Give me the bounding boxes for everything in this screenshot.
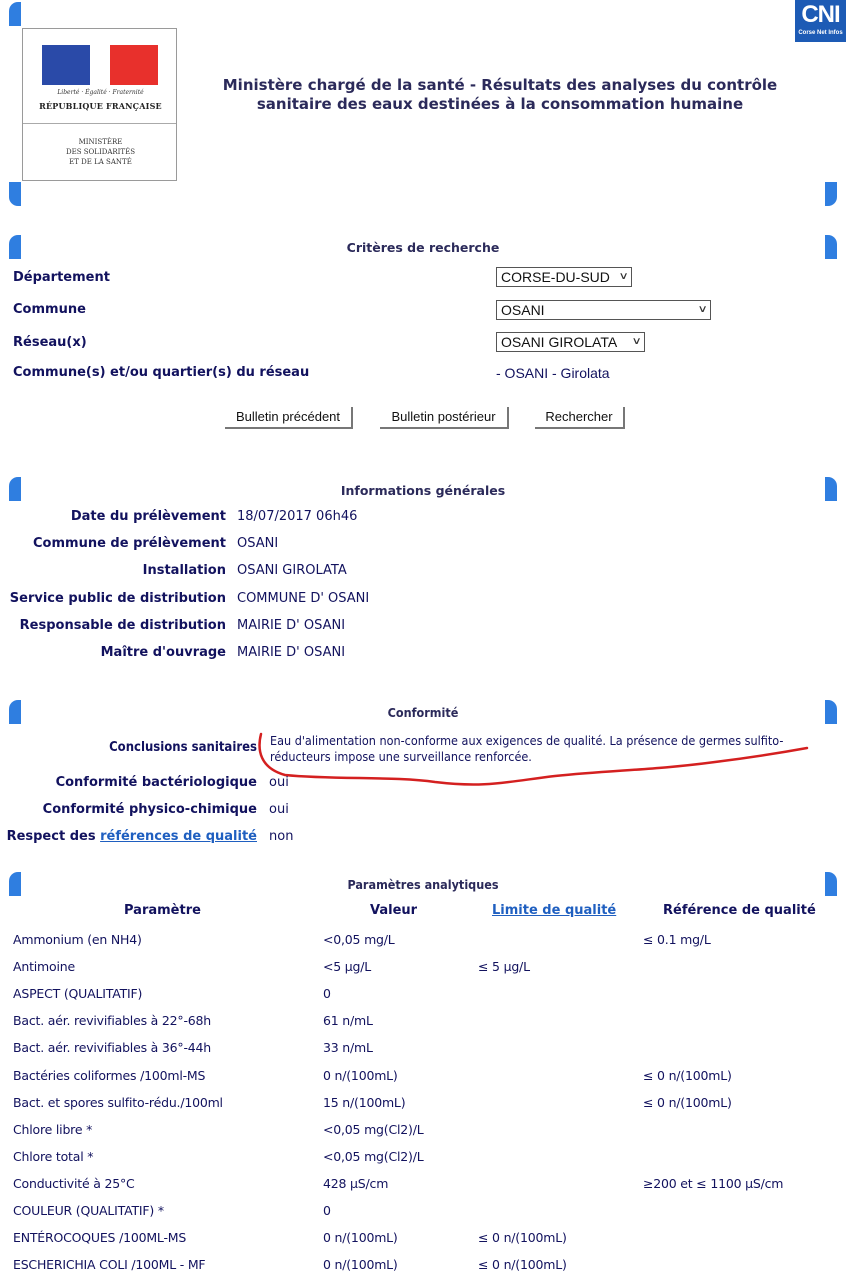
section-marker	[825, 182, 837, 206]
conformity-section-title: Conformité	[0, 705, 846, 720]
parameter-cell: Bact. et spores sulfito-rédu./100ml	[13, 1095, 223, 1110]
physico-value: oui	[269, 802, 289, 817]
column-header-value: Valeur	[370, 903, 417, 918]
general-info-value: OSANI	[237, 536, 278, 551]
parameter-cell: Antimoine	[13, 959, 75, 974]
search-button[interactable]: Rechercher	[535, 407, 625, 429]
value-cell: 0 n/(100mL)	[323, 1257, 398, 1272]
general-info-label: Maître d'ouvrage	[0, 645, 226, 660]
value-cell: <0,05 mg(Cl2)/L	[323, 1122, 423, 1137]
republique-francaise-logo: Liberté · Égalité · Fraternité RÉPUBLIQU…	[22, 28, 177, 181]
column-header-quality-reference: Référence de qualité	[663, 903, 816, 918]
parameter-cell: ESCHERICHIA COLI /100ML - MF	[13, 1257, 205, 1272]
general-info-value: OSANI GIROLATA	[237, 563, 347, 578]
logo-divider	[23, 123, 176, 124]
previous-bulletin-button[interactable]: Bulletin précédent	[225, 407, 353, 429]
value-cell: <0,05 mg/L	[323, 932, 395, 947]
value-cell: <5 µg/L	[323, 959, 371, 974]
quality-reference-cell: ≤ 0 n/(100mL)	[643, 1068, 732, 1083]
logo-motto: Liberté · Égalité · Fraternité	[23, 89, 178, 96]
quartiers-value: - OSANI - Girolata	[496, 365, 610, 381]
physico-label: Conformité physico-chimique	[0, 802, 257, 817]
respect-label: Respect des références de qualité	[0, 829, 257, 844]
respect-value: non	[269, 829, 293, 844]
column-header-parameter: Paramètre	[124, 903, 201, 918]
logo-ministry: MINISTÈRE DES SOLIDARITÉS ET DE LA SANTÉ	[23, 137, 178, 167]
value-cell: 61 n/mL	[323, 1013, 373, 1028]
chevron-down-icon: ∨	[697, 301, 707, 319]
next-bulletin-button[interactable]: Bulletin postérieur	[380, 407, 509, 429]
parameter-cell: COULEUR (QUALITATIF) *	[13, 1203, 164, 1218]
cni-watermark-badge: CNI Corse Net Infos	[795, 0, 846, 42]
value-cell: 0	[323, 986, 331, 1001]
chevron-down-icon: ∨	[631, 333, 641, 351]
general-info-value: MAIRIE D' OSANI	[237, 645, 345, 660]
parameter-cell: Bact. aér. revivifiables à 22°-68h	[13, 1013, 211, 1028]
parameter-cell: Bact. aér. revivifiables à 36°-44h	[13, 1040, 211, 1055]
parameters-section-title: Paramètres analytiques	[0, 877, 846, 892]
section-marker	[9, 2, 21, 26]
value-cell: 0 n/(100mL)	[323, 1068, 398, 1083]
conclusions-label: Conclusions sanitaires	[0, 740, 257, 755]
parameter-cell: Conductivité à 25°C	[13, 1176, 135, 1191]
value-cell: 15 n/(100mL)	[323, 1095, 405, 1110]
general-info-value: COMMUNE D' OSANI	[237, 591, 369, 606]
value-cell: <0,05 mg(Cl2)/L	[323, 1149, 423, 1164]
quartiers-label: Commune(s) et/ou quartier(s) du réseau	[13, 365, 309, 380]
general-info-value: 18/07/2017 06h46	[237, 509, 357, 524]
bacterio-value: oui	[269, 775, 289, 790]
page-title: Ministère chargé de la santé - Résultats…	[200, 76, 800, 114]
bacterio-label: Conformité bactériologique	[0, 775, 257, 790]
logo-republic: RÉPUBLIQUE FRANÇAISE	[23, 101, 178, 111]
value-cell: 0 n/(100mL)	[323, 1230, 398, 1245]
commune-label: Commune	[13, 302, 86, 317]
quality-limit-cell: ≤ 0 n/(100mL)	[478, 1257, 567, 1272]
value-cell: 428 µS/cm	[323, 1176, 388, 1191]
quality-reference-cell: ≤ 0.1 mg/L	[643, 932, 711, 947]
general-info-value: MAIRIE D' OSANI	[237, 618, 345, 633]
parameter-cell: Bactéries coliformes /100ml-MS	[13, 1068, 205, 1083]
section-marker	[9, 182, 21, 206]
commune-select[interactable]: OSANI ∨	[496, 300, 711, 320]
general-info-label: Commune de prélèvement	[0, 536, 226, 551]
reseau-label: Réseau(x)	[13, 335, 87, 350]
value-cell: 0	[323, 1203, 331, 1218]
general-section-title: Informations générales	[0, 483, 846, 498]
general-info-label: Responsable de distribution	[0, 618, 226, 633]
red-handwritten-annotation	[255, 730, 815, 790]
chevron-down-icon: ∨	[618, 268, 628, 286]
parameter-cell: Chlore total *	[13, 1149, 93, 1164]
departement-select[interactable]: CORSE-DU-SUD ∨	[496, 267, 632, 287]
quality-limit-cell: ≤ 0 n/(100mL)	[478, 1230, 567, 1245]
quality-reference-cell: ≥200 et ≤ 1100 µS/cm	[643, 1176, 783, 1191]
parameter-cell: ASPECT (QUALITATIF)	[13, 986, 142, 1001]
parameter-cell: Chlore libre *	[13, 1122, 92, 1137]
marianne-flag-icon	[42, 45, 158, 85]
quality-references-link[interactable]: références de qualité	[100, 829, 257, 844]
quality-reference-cell: ≤ 0 n/(100mL)	[643, 1095, 732, 1110]
general-info-label: Date du prélèvement	[0, 509, 226, 524]
parameter-cell: ENTÉROCOQUES /100ML-MS	[13, 1230, 186, 1245]
reseau-select[interactable]: OSANI GIROLATA ∨	[496, 332, 645, 352]
column-header-quality-limit-link[interactable]: Limite de qualité	[492, 903, 616, 918]
general-info-label: Installation	[0, 563, 226, 578]
criteria-section-title: Critères de recherche	[0, 240, 846, 255]
general-info-label: Service public de distribution	[0, 591, 226, 606]
quality-limit-cell: ≤ 5 µg/L	[478, 959, 530, 974]
value-cell: 33 n/mL	[323, 1040, 373, 1055]
departement-label: Département	[13, 270, 110, 285]
parameter-cell: Ammonium (en NH4)	[13, 932, 142, 947]
